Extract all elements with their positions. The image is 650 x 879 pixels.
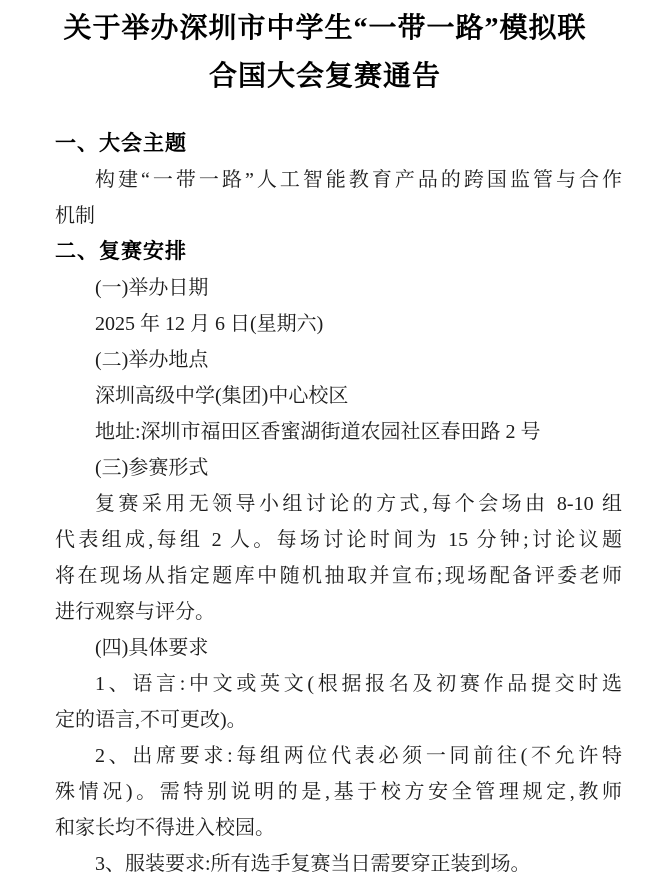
doc-line: 2025 年 12 月 6 日(星期六) [55,306,622,342]
doc-line: 2、出席要求:每组两位代表必须一同前往(不允许特 [55,738,622,774]
document-title: 关于举办深圳市中学生“一带一路”模拟联 合国大会复赛通告 [0,0,650,101]
doc-line: 构建“一带一路”人工智能教育产品的跨国监管与合作 [55,162,622,198]
doc-line: 和家长均不得进入校园。 [55,810,622,846]
doc-line: (四)具体要求 [55,630,622,666]
doc-line: 殊情况)。需特别说明的是,基于校方安全管理规定,教师 [55,774,622,810]
doc-line: (二)举办地点 [55,342,622,378]
section-heading: 一、大会主题 [55,126,622,162]
doc-line: 复赛采用无领导小组讨论的方式,每个会场由 8-10 组 [55,486,622,522]
doc-line: 进行观察与评分。 [55,594,622,630]
doc-line: 地址:深圳市福田区香蜜湖街道农园社区春田路 2 号 [55,414,622,450]
doc-line: 3、服装要求:所有选手复赛当日需要穿正装到场。 [55,846,622,879]
document-title-line-1: 关于举办深圳市中学生“一带一路”模拟联 [0,5,650,53]
doc-line: 定的语言,不可更改)。 [55,702,622,738]
doc-line: (三)参赛形式 [55,450,622,486]
doc-line: (一)举办日期 [55,270,622,306]
doc-line: 将在现场从指定题库中随机抽取并宣布;现场配备评委老师 [55,558,622,594]
document-title-line-2: 合国大会复赛通告 [0,53,650,101]
section-heading: 二、复赛安排 [55,234,622,270]
doc-line: 代表组成,每组 2 人。每场讨论时间为 15 分钟;讨论议题 [55,522,622,558]
doc-line: 1、语言:中文或英文(根据报名及初赛作品提交时选 [55,666,622,702]
doc-line: 机制 [55,198,622,234]
document-body: 一、大会主题构建“一带一路”人工智能教育产品的跨国监管与合作机制二、复赛安排(一… [55,126,622,879]
doc-line: 深圳高级中学(集团)中心校区 [55,378,622,414]
document-page: 关于举办深圳市中学生“一带一路”模拟联 合国大会复赛通告 一、大会主题构建“一带… [0,0,650,879]
